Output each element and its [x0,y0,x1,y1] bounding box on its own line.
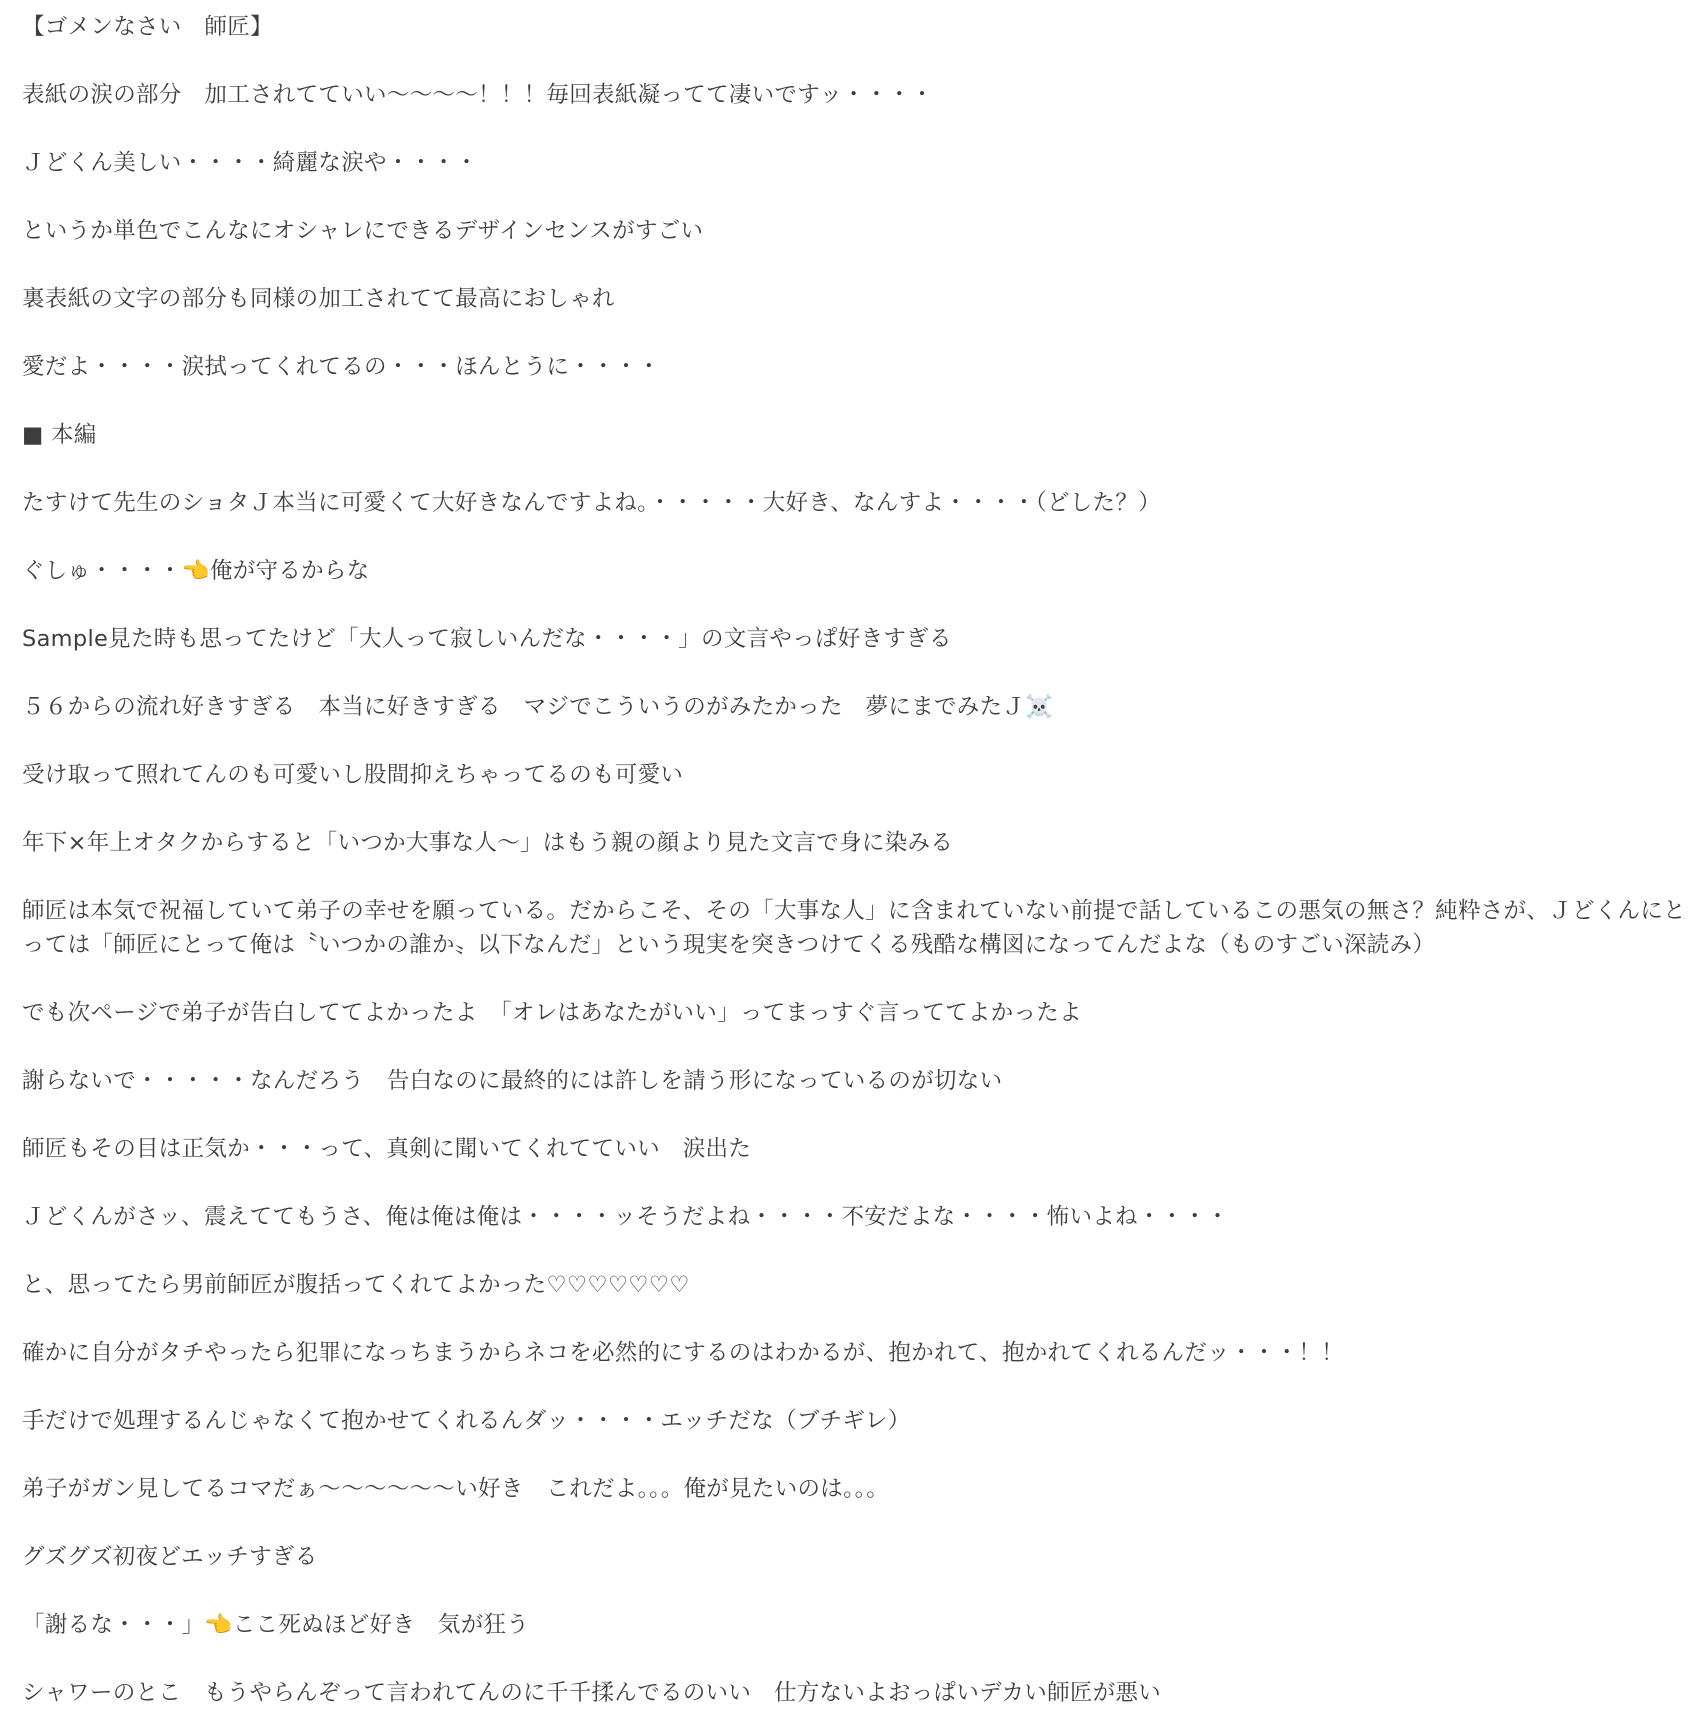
paragraph-dont-apologize: 謝らないで・・・・・なんだろう 告白なのに最終的には許しを請う形になっているのが… [22,1064,1674,1098]
paragraph-cover: 表紙の涙の部分 加工されてていい〜〜〜〜！！！毎回表紙凝ってて凄いですッ・・・・ [22,78,1674,112]
paragraph-shower: シャワーのとこ もうやらんぞって言われてんのに千千揉んでるのいい 仕方ないよおっ… [22,1676,1674,1710]
paragraph-age-gap: 年下×年上オタクからすると「いつか大事な人〜」はもう親の顔より見た文言で身に染み… [22,826,1674,860]
paragraph-confession: でも次ページで弟子が告白しててよかったよ 「オレはあなたがいい」ってまっすぐ言っ… [22,996,1674,1030]
paragraph-sample: Sample見た時も思ってたけど「大人って寂しいんだな・・・・」の文言やっぱ好き… [22,622,1674,656]
paragraph-beautiful: Ｊどくん美しい・・・・綺麗な涙や・・・・ [22,146,1674,180]
paragraph-back-cover: 裏表紙の文字の部分も同様の加工されてて最高におしゃれ [22,282,1674,316]
document-body: 【ゴメンなさい 師匠】 表紙の涙の部分 加工されてていい〜〜〜〜！！！毎回表紙凝… [0,0,1674,1710]
paragraph-flow: ５６からの流れ好きすぎる 本当に好きすぎる マジでこういうのがみたかった 夢にま… [22,690,1674,724]
paragraph-design: というか単色でこんなにオシャレにできるデザインセンスがすごい [22,214,1674,248]
paragraph-roles: 確かに自分がタチやったら犯罪になっちまうからネコを必然的にするのはわかるが、抱か… [22,1336,1674,1370]
paragraph-protect: ぐしゅ・・・・👈俺が守るからな [22,554,1674,588]
paragraph-resolve: と、思ってたら男前師匠が腹括ってくれてよかった♡♡♡♡♡♡♡ [22,1268,1674,1302]
heading-apology: 【ゴメンなさい 師匠】 [22,10,1674,44]
section-heading-main-story: ■ 本編 [22,418,1674,452]
paragraph-favorite-line: 「謝るな・・・」👈ここ死ぬほど好き 気が狂う [22,1608,1674,1642]
paragraph-staring: 弟子がガン見してるコマだぁ〜〜〜〜〜〜い好き これだよ。。。俺が見たいのは。。。 [22,1472,1674,1506]
paragraph-analysis: 師匠は本気で祝福していて弟子の幸せを願っている。だからこそ、その「大事な人」に含… [22,894,1692,962]
paragraph-love: 愛だよ・・・・涙拭ってくれてるの・・・ほんとうに・・・・ [22,350,1674,384]
paragraph-shota: たすけて先生のショタＪ本当に可愛くて大好きなんですよね。・・・・・大好き、なんす… [22,486,1674,520]
paragraph-embrace: 手だけで処理するんじゃなくて抱かせてくれるんダッ・・・・エッチだな（ブチギレ） [22,1404,1674,1438]
paragraph-trembling: Ｊどくんがさッ、震えててもうさ、俺は俺は俺は・・・・ッそうだよね・・・・不安だよ… [22,1200,1674,1234]
paragraph-cute: 受け取って照れてんのも可愛いし股間抑えちゃってるのも可愛い [22,758,1674,792]
paragraph-first-night: グズグズ初夜どエッチすぎる [22,1540,1674,1574]
paragraph-serious: 師匠もその目は正気か・・・って、真剣に聞いてくれてていい 涙出た [22,1132,1674,1166]
